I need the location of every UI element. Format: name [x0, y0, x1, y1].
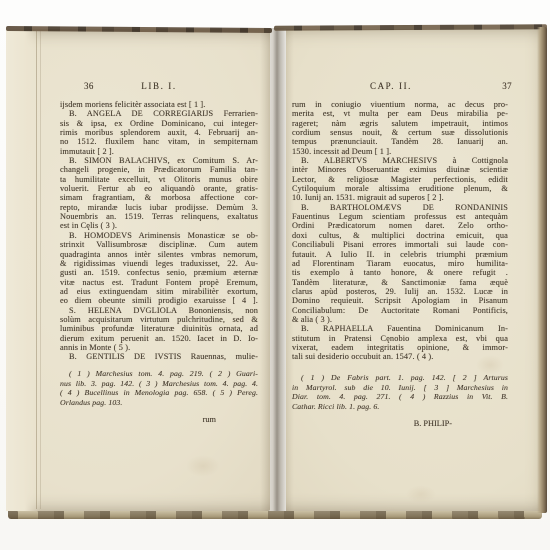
text-line: est in Cęlis ( 3 ). — [60, 221, 258, 230]
text-line: vitæ nactus est. Tradunt Fontem propè Er… — [60, 278, 258, 287]
text-line: B. HOMODEVS Ariminensis Monasticæ se ob- — [60, 231, 258, 240]
text-line: ( 1 ) Marchesius tom. 4. pag. 219. ( 2 )… — [60, 369, 258, 379]
text-line: ta humilitate excelluit, vt Olitoris mun… — [60, 175, 258, 184]
text-line: no 1512. fluxilem hanc vitam, in sempite… — [60, 137, 258, 146]
text-line: ijsdem moriens felicitèr associata est [… — [60, 100, 258, 109]
text-line: Tandèm literaturæ, & Sanctimoniæ fama æq… — [292, 278, 508, 287]
bottom-page-edge — [8, 511, 542, 519]
text-line: Ordini Prædicatorum nomen daret. Zelo or… — [292, 221, 508, 230]
text-line: ( 4 ) Bucellinus in Menologia pag. 658. … — [60, 388, 258, 398]
text-line: cordium sensus nouit, & certum suæ disso… — [292, 128, 508, 137]
text-line: annis in Monte ( 5 ). — [60, 343, 258, 352]
left-page-footnotes: ( 1 ) Marchesius tom. 4. pag. 219. ( 2 )… — [60, 369, 258, 409]
text-line: changeli progenie, in Prædicatorum Famil… — [60, 165, 258, 174]
page-edge-line — [40, 31, 41, 509]
text-line: quadraginta annos intèr silentes vmbras … — [60, 250, 258, 259]
text-line: Cathar. Ricci lib. 1. pag. 6. — [292, 402, 508, 412]
text-line: eo diem obeunte simili prodigio exaruiss… — [60, 296, 258, 305]
text-line: nus lib. 3. pag. 142. ( 3 ) Marchesius t… — [60, 379, 258, 389]
text-line: dierum exitum peruenit an. 1520. Iacet i… — [60, 334, 258, 343]
text-line: B. GENTILIS DE IVSTIS Rauennas, mulie- — [60, 352, 258, 361]
right-catchword: B. PHILIP- — [292, 419, 508, 428]
left-page-header: 36 LIB. I. — [60, 81, 258, 94]
text-line: Orlandus pag. 103. — [60, 398, 258, 408]
text-line: sis & ipsa, ex Ordine Dominicano, cui in… — [60, 119, 258, 128]
text-line: ad eius extinguendam sitim mirabilitèr e… — [60, 287, 258, 296]
text-line: doxi cultus, & multiplici doctrina emicu… — [292, 231, 508, 240]
text-line: Conciliabulum: De Auctoritate Romani Pon… — [292, 306, 508, 315]
text-line: tis exemplo à tanto honore, & onere refu… — [292, 268, 508, 277]
left-page-body: ijsdem moriens felicitèr associata est [… — [60, 100, 258, 362]
page-edge-line — [36, 31, 37, 509]
text-line: B. RAPHAELLA Fauentina Dominicanum In- — [292, 324, 508, 333]
text-line: ( 1 ) De Fabris part. 1. pag. 142. [ 2 ]… — [292, 373, 508, 383]
text-line: voluerit. Fertur ab eo aliquandò orante,… — [60, 184, 258, 193]
right-page-body: rum in coniugio viuentium norma, ac decu… — [292, 100, 508, 362]
text-line: vixerat, eadem integritatis opinione, & … — [292, 343, 508, 352]
left-page-text: 36 LIB. I. ijsdem moriens felicitèr asso… — [60, 81, 258, 424]
text-line: tali sui desiderio occubuit an. 1547. ( … — [292, 352, 508, 361]
text-line: Nouembris an. 1519. Terras relinquens, e… — [60, 212, 258, 221]
left-catchword: rum — [60, 415, 258, 424]
text-line: B. ANGELA DE CORREGIARIJS Ferrarien- — [60, 109, 258, 118]
text-line: & alia ( 3 ). — [292, 315, 508, 324]
text-line: S. HELENA DVGLIOLA Bononiensis, non — [60, 306, 258, 315]
text-line: rum in coniugio viuentium norma, ac decu… — [292, 100, 508, 109]
text-line: 1530. incessit ad Deum [ 1 ]. — [292, 147, 508, 156]
text-line: immutauit [ 2 ]. — [60, 147, 258, 156]
text-line: Diar. tom. 4. pag. 271. ( 4 ) Razzius in… — [292, 392, 508, 402]
left-running-title: LIB. I. — [60, 81, 258, 91]
text-line: ad Florentinam Tiaram euocatus, miro hum… — [292, 259, 508, 268]
text-line: merita est, vt multa per eam Deus mirabi… — [292, 109, 508, 118]
text-line: B. SIMON BALACHIVS, ex Comitum S. Ar- — [60, 156, 258, 165]
text-line: Domino requieuit. Scripsit Apologiam in … — [292, 296, 508, 305]
right-page-text: CAP. II. 37 rum in coniugio viuentium no… — [292, 81, 508, 428]
book-photo: 36 LIB. I. ijsdem moriens felicitèr asso… — [0, 0, 550, 550]
text-line: simam fragrantiam, & morbosa affectione … — [60, 193, 258, 202]
right-fore-edge — [537, 27, 547, 513]
text-line: tempus prænunciauit. Tandèm 28. Ianuarij… — [292, 137, 508, 146]
open-book: 36 LIB. I. ijsdem moriens felicitèr asso… — [6, 25, 547, 519]
right-page-header: CAP. II. 37 — [292, 81, 508, 94]
text-line: clarus apùd posteros, 29. Iulij an. 1532… — [292, 287, 508, 296]
text-line: rageret; nàm ægris salutem impetrauit, i… — [292, 119, 508, 128]
text-line: luminibus profundæ literaturæ diuinitùs … — [60, 324, 258, 333]
right-page-footnotes: ( 1 ) De Fabris part. 1. pag. 142. [ 2 ]… — [292, 373, 508, 413]
text-line: gusti an. 1519. confectus senio, præmium… — [60, 268, 258, 277]
text-line: B. BARTHOLOMÆVS DE RONDANINIS — [292, 203, 508, 212]
text-line: rimis moribus splendorem auxit, 4. Febru… — [60, 128, 258, 137]
text-line: B. ALBERTVS MARCHESIVS à Cottignola — [292, 156, 508, 165]
text-line: strinxit Vallisumbrosæ disciplinæ. Cum a… — [60, 240, 258, 249]
text-line: & rigidissimas viuendi leges traduxisset… — [60, 259, 258, 268]
text-line: in Martyrol. sub die 10. Iunij. [ 3 ] Ma… — [292, 383, 508, 393]
text-line: stitutum in Pratensi Cęnobio amplexa est… — [292, 334, 508, 343]
right-page-number: 37 — [502, 81, 512, 91]
left-fore-edge — [6, 29, 40, 511]
text-line: intèr Minores Obseruantiæ eximius diuinæ… — [292, 165, 508, 174]
text-line: Cytiloquium morale altissima eruditione … — [292, 184, 508, 193]
text-line: solùm acquisitarum virtutum pulchritudin… — [60, 315, 258, 324]
text-line: Lector, & religiosæ Magister perfectioni… — [292, 175, 508, 184]
text-line: Fauentinus Legum scientiam professus est… — [292, 212, 508, 221]
book-gutter-shadow — [260, 28, 294, 512]
text-line: Conciliabuli Pisani errores immortali su… — [292, 240, 508, 249]
text-line: repto, mirandæ lucis iubar prodijsse. De… — [60, 203, 258, 212]
text-line: 10. Iunij an. 1531. migrauit ad superos … — [292, 193, 508, 202]
text-line: futauit. A Iulio II. in celebris triumph… — [292, 250, 508, 259]
right-running-title: CAP. II. — [274, 81, 508, 91]
